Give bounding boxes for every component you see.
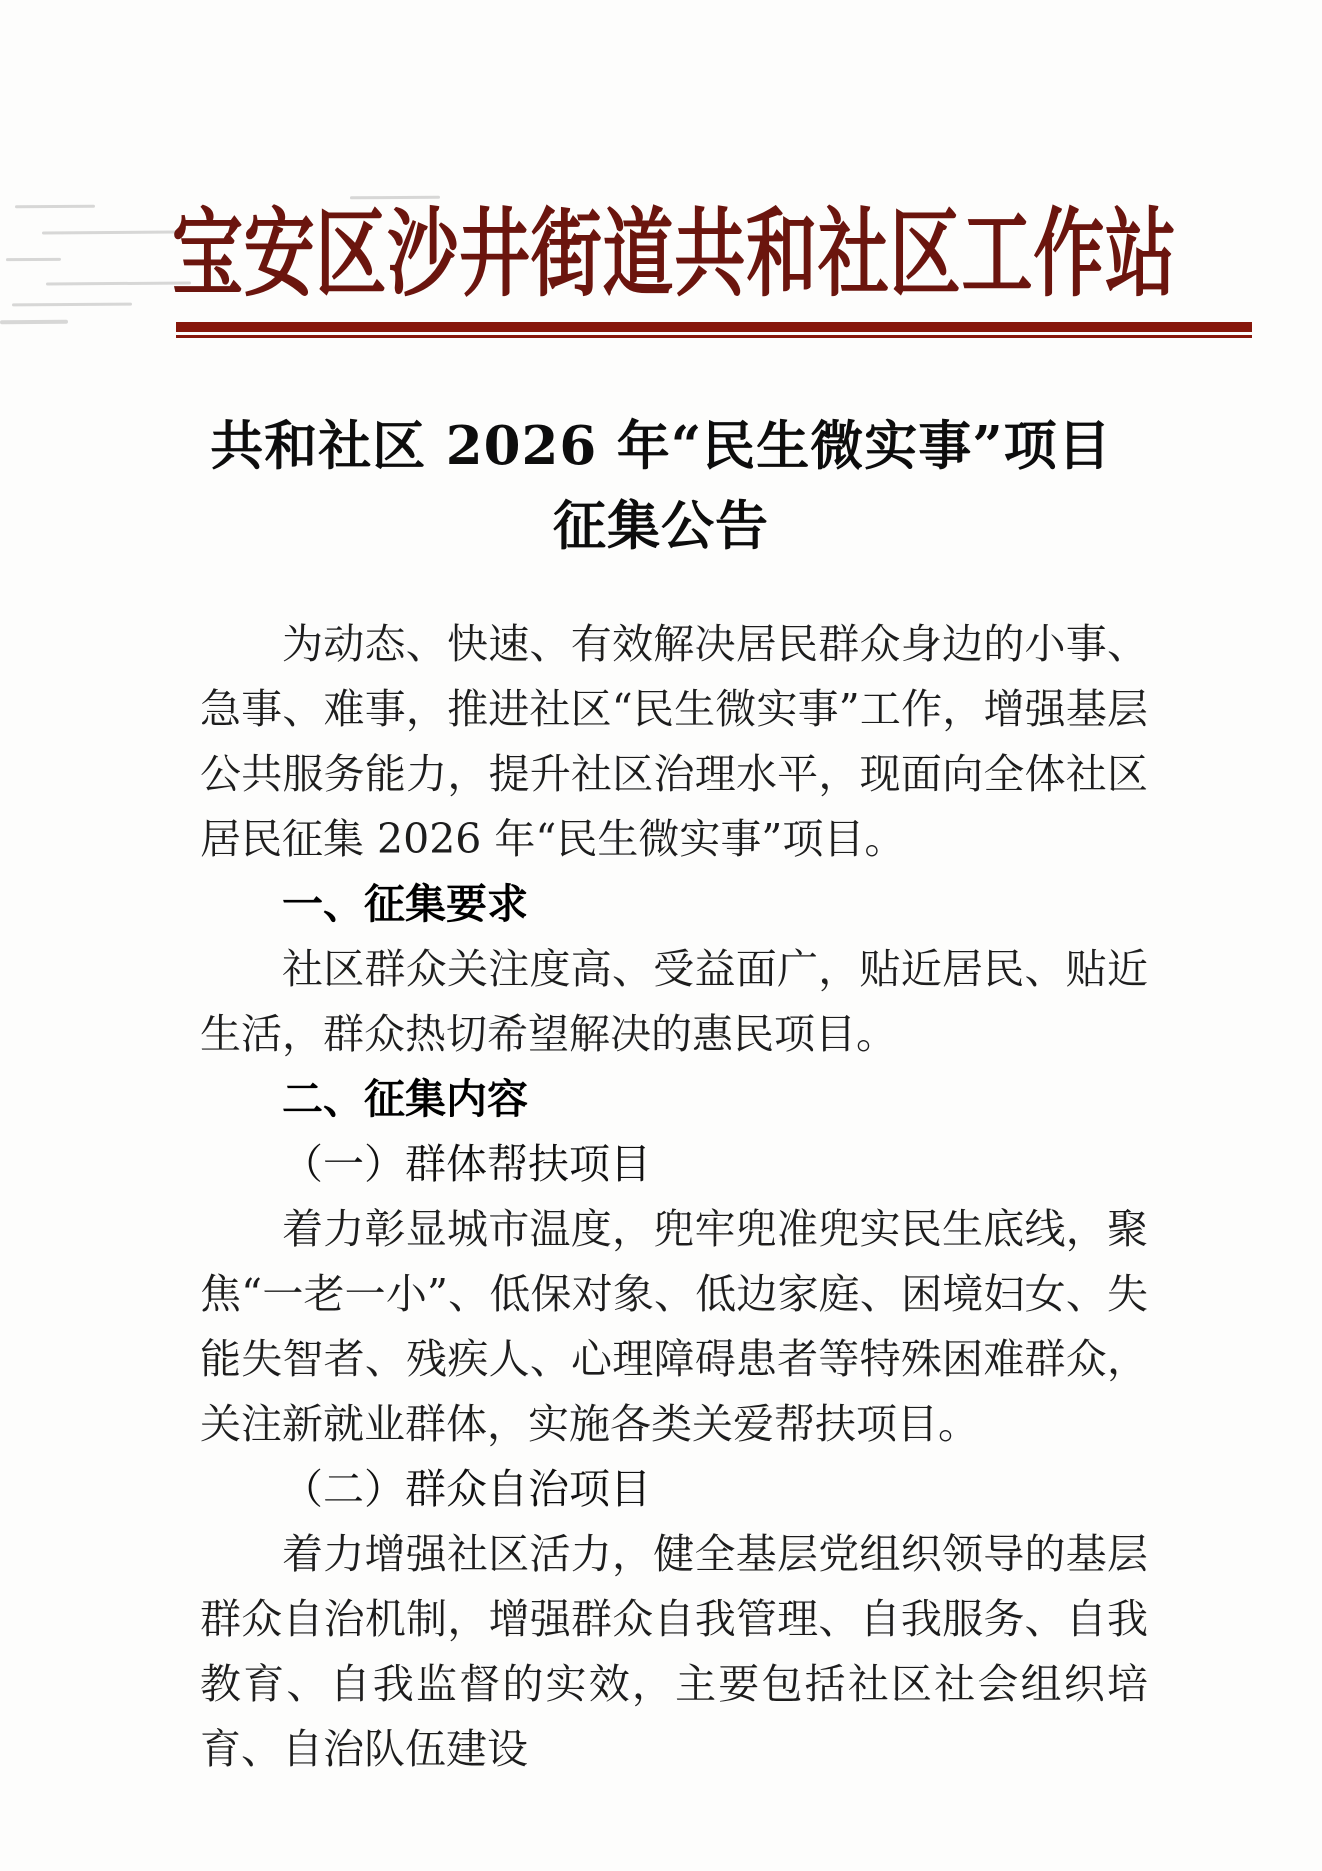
section-heading-contents: 二、征集内容 — [200, 1067, 1148, 1132]
paragraph-requirements: 社区群众关注度高、受益面广，贴近居民、贴近生活，群众热切希望解决的惠民项目。 — [200, 937, 1148, 1067]
document-title-line2: 征集公告 — [100, 486, 1222, 566]
document-title: 共和社区 2026 年“民生微实事”项目 征集公告 — [100, 406, 1222, 566]
paragraph-self-governance: 着力增强社区活力，健全基层党组织领导的基层群众自治机制，增强群众自我管理、自我服… — [200, 1522, 1148, 1782]
station-letterhead: 宝安区沙井街道共和社区工作站 — [172, 178, 1150, 315]
scanned-document-page: 宝安区沙井街道共和社区工作站 共和社区 2026 年“民生微实事”项目 征集公告… — [0, 0, 1322, 1871]
letterhead-red-rule — [176, 322, 1252, 338]
paragraph-intro: 为动态、快速、有效解决居民群众身边的小事、急事、难事，推进社区“民生微实事”工作… — [200, 612, 1148, 872]
scan-artifact — [15, 205, 95, 209]
paragraph-group-assistance: 着力彰显城市温度，兜牢兜准兜实民生底线，聚焦“一老一小”、低保对象、低边家庭、困… — [200, 1197, 1148, 1457]
document-body: 为动态、快速、有效解决居民群众身边的小事、急事、难事，推进社区“民生微实事”工作… — [200, 612, 1148, 1782]
document-title-line1: 共和社区 2026 年“民生微实事”项目 — [100, 406, 1222, 486]
scan-artifact — [12, 303, 132, 307]
scan-artifact — [6, 258, 61, 261]
subsection-heading-self-governance: （二）群众自治项目 — [200, 1457, 1148, 1522]
section-heading-requirements: 一、征集要求 — [200, 872, 1148, 937]
scan-artifact — [0, 320, 68, 324]
scan-artifact — [42, 231, 177, 235]
scan-artifact — [46, 281, 191, 285]
subsection-heading-group-assistance: （一）群体帮扶项目 — [200, 1132, 1148, 1197]
